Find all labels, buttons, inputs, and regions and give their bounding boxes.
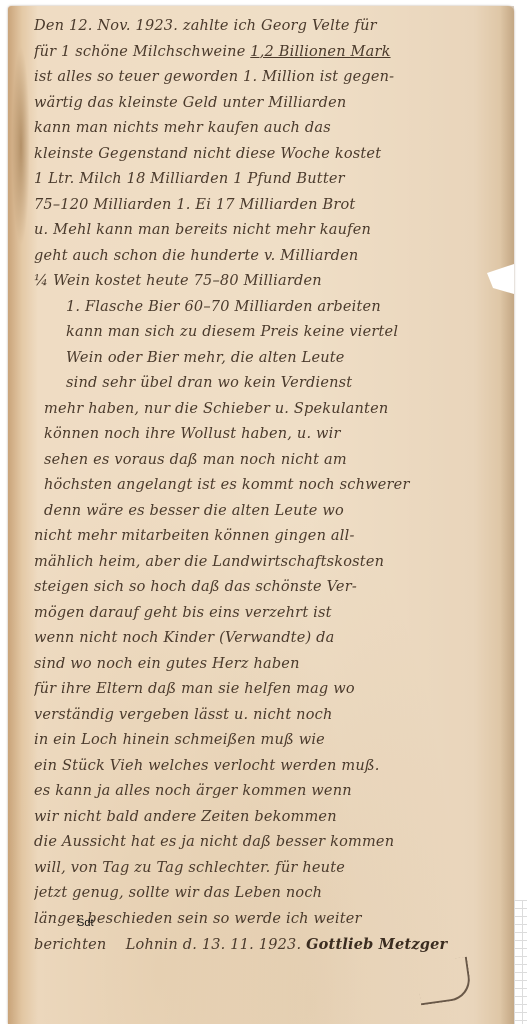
letter-line: geht auch schon die hunderte v. Milliard… <box>34 244 504 270</box>
letter-line: sind sehr übel dran wo kein Verdienst <box>34 371 504 397</box>
letter-line: können noch ihre Wollust haben, u. wir <box>34 422 504 448</box>
place-date: Lohnin d. 13. 11. 1923. <box>126 937 302 953</box>
letter-line: höchsten angelangt ist es kommt noch sch… <box>34 473 504 499</box>
letter-line: 1 Ltr. Milch 18 Milliarden 1 Pfund Butte… <box>34 167 504 193</box>
closing-word: berichten <box>34 937 106 953</box>
letter-line-text: für 1 schöne Milchschweine <box>34 44 250 60</box>
letter-line: 1. Flasche Bier 60–70 Milliarden arbeite… <box>34 295 504 321</box>
letter-line: für ihre Eltern daß man sie helfen mag w… <box>34 677 504 703</box>
letter-line: kleinste Gegenstand nicht diese Woche ko… <box>34 142 504 168</box>
letter-line: in ein Loch hinein schmeißen muß wie <box>34 728 504 754</box>
letter-line: mehr haben, nur die Schieber u. Spekulan… <box>34 397 504 423</box>
letter-line: 75–120 Milliarden 1. Ei 17 Milliarden Br… <box>34 193 504 219</box>
letter-line: mählich heim, aber die Landwirtschaftsko… <box>34 550 504 576</box>
letter-line-amount: für 1 schöne Milchschweine 1,2 Billionen… <box>34 40 504 66</box>
water-stain <box>12 46 30 246</box>
underlined-amount: 1,2 Billionen Mark <box>250 44 390 60</box>
letter-line: es kann ja alles noch ärger kommen wenn <box>34 779 504 805</box>
letter-line: will, von Tag zu Tag schlechter. für heu… <box>34 856 504 882</box>
letter-line: kann man sich zu diesem Preis keine vier… <box>34 320 504 346</box>
letter-line: ein Stück Vieh welches verlocht werden m… <box>34 754 504 780</box>
letter-line: u. Mehl kann man bereits nicht mehr kauf… <box>34 218 504 244</box>
letter-line: Den 12. Nov. 1923. zahlte ich Georg Velt… <box>34 14 504 40</box>
letter-line: ¼ Wein kostet heute 75–80 Milliarden <box>34 269 504 295</box>
letter-line: ist alles so teuer geworden 1. Million i… <box>34 65 504 91</box>
letter-line: jetzt genug, sollte wir das Leben noch <box>34 881 504 907</box>
letter-line: sehen es voraus daß man noch nicht am <box>34 448 504 474</box>
grid-paper-background <box>514 900 527 1024</box>
letter-line: steigen sich so hoch daß das schönste Ve… <box>34 575 504 601</box>
letter-line: kann man nichts mehr kaufen auch das <box>34 116 504 142</box>
letter-line: nicht mehr mitarbeiten können gingen all… <box>34 524 504 550</box>
letter-line: wir nicht bald andere Zeiten bekommen <box>34 805 504 831</box>
archive-stamp-label: Sdt <box>77 917 94 929</box>
letter-line: wenn nicht noch Kinder (Verwandte) da <box>34 626 504 652</box>
letter-line: länger beschieden sein so werde ich weit… <box>34 907 504 933</box>
letter-line: mögen darauf geht bis eins verzehrt ist <box>34 601 504 627</box>
letter-line: die Aussicht hat es ja nicht daß besser … <box>34 830 504 856</box>
letter-line: sind wo noch ein gutes Herz haben <box>34 652 504 678</box>
signature: Gottlieb Metzger <box>306 936 447 953</box>
letter-line: wärtig das kleinste Geld unter Milliarde… <box>34 91 504 117</box>
letter-line: denn wäre es besser die alten Leute wo <box>34 499 504 525</box>
handwritten-letter-body: Den 12. Nov. 1923. zahlte ich Georg Velt… <box>34 14 504 958</box>
closing-line: berichten Lohnin d. 13. 11. 1923. Gottli… <box>34 932 504 958</box>
letter-line: Wein oder Bier mehr, die alten Leute <box>34 346 504 372</box>
letter-line: verständig vergeben lässt u. nicht noch <box>34 703 504 729</box>
